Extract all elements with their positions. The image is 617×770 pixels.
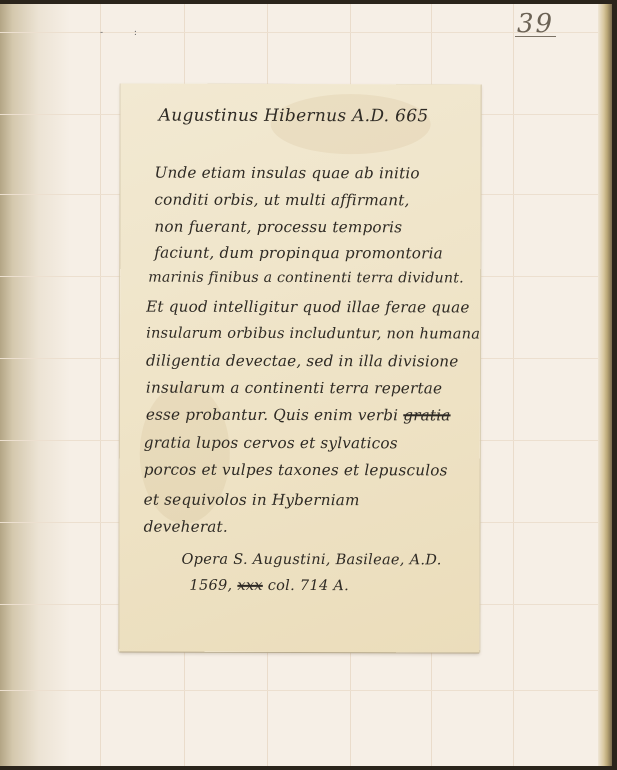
citation-struck: xxx <box>237 578 262 594</box>
note-title: Augustinus Hibernus A.D. 665 <box>159 106 429 127</box>
note-line: deveherat. <box>144 518 228 536</box>
note-line: marinis finibus a continenti terra divid… <box>148 270 464 287</box>
struck-word: gratia <box>403 406 450 424</box>
page-number: 39 <box>515 12 556 37</box>
grid-line-vertical <box>513 4 514 766</box>
citation-line-1: Opera S. Augustini, Basileae, A.D. <box>181 552 441 569</box>
note-line-text: esse probantur. Quis enim verbi <box>146 406 398 425</box>
binding-shadow <box>0 4 70 766</box>
citation-year: 1569, <box>189 578 232 594</box>
note-line: esse probantur. Quis enim verbi gratia <box>146 406 451 425</box>
note-line: et sequivolos in Hyberniam <box>144 491 360 510</box>
citation-column: col. 714 A. <box>268 578 349 594</box>
note-line: diligentia devectae, sed in illa divisio… <box>146 352 458 371</box>
note-line: conditi orbis, ut multi affirmant, <box>154 191 409 210</box>
note-line: porcos et vulpes taxones et lepusculos <box>144 461 448 480</box>
note-line: non fuerant, processu temporis <box>154 218 402 237</box>
note-line: insularum a continenti terra repertae <box>146 379 442 398</box>
page-edge <box>598 4 612 766</box>
grid-line-vertical <box>100 4 101 766</box>
ledger-page: - : 39 Augustinus Hibernus A.D. 665 Unde… <box>0 4 612 766</box>
citation-line-2: 1569, xxx col. 714 A. <box>189 578 349 594</box>
note-line: Et quod intelligitur quod illae ferae qu… <box>146 298 469 317</box>
pencil-marks: - : <box>100 28 151 38</box>
note-line: Unde etiam insulas quae ab initio <box>154 164 419 183</box>
pasted-note-card: Augustinus Hibernus A.D. 665 Unde etiam … <box>119 84 480 653</box>
grid-line-horizontal <box>0 32 598 33</box>
note-line: insularum orbibus includuntur, non human… <box>146 325 480 343</box>
grid-line-horizontal <box>0 690 598 691</box>
note-line: gratia lupos cervos et sylvaticos <box>144 434 398 453</box>
note-line: faciunt, dum propinqua promontoria <box>154 244 443 263</box>
